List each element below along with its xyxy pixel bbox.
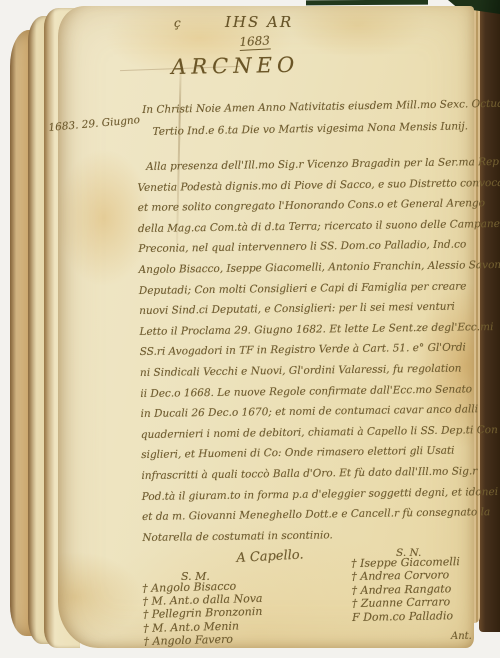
signature-column-right: † Iseppe Giacomelli† Andrea Corvoro† And… xyxy=(351,555,461,624)
signature-column-left: † Angolo Bisacco† M. Ant.o dalla Nova† P… xyxy=(142,579,264,648)
header-year: 1683 xyxy=(239,33,270,51)
body-text-block: Alla presenza dell'Ill.mo Sig.r Vicenzo … xyxy=(137,151,500,548)
signature-item: † Angolo Favero xyxy=(143,632,263,648)
margin-date-note: 1683. 29. Giugno xyxy=(48,114,140,134)
invocation-block: In Christi Noie Amen Anno Nativitatis ei… xyxy=(142,92,500,143)
ihs-monogram: IHS AR xyxy=(225,13,293,31)
page-title: ARCNEO xyxy=(171,53,299,79)
header-mark: ç xyxy=(174,16,181,30)
closing-word: A Capello. xyxy=(236,547,304,566)
signature-item: F Dom.co Palladio xyxy=(352,609,461,624)
signature-item: † Zuanne Carraro xyxy=(352,595,461,610)
handwriting-layer: ç IHS AR 1683 ARCNEO 1683. 29. Giugno In… xyxy=(0,0,500,658)
page-catchword: Ant. xyxy=(451,631,472,642)
manuscript-photo: ç IHS AR 1683 ARCNEO 1683. 29. Giugno In… xyxy=(0,0,500,658)
